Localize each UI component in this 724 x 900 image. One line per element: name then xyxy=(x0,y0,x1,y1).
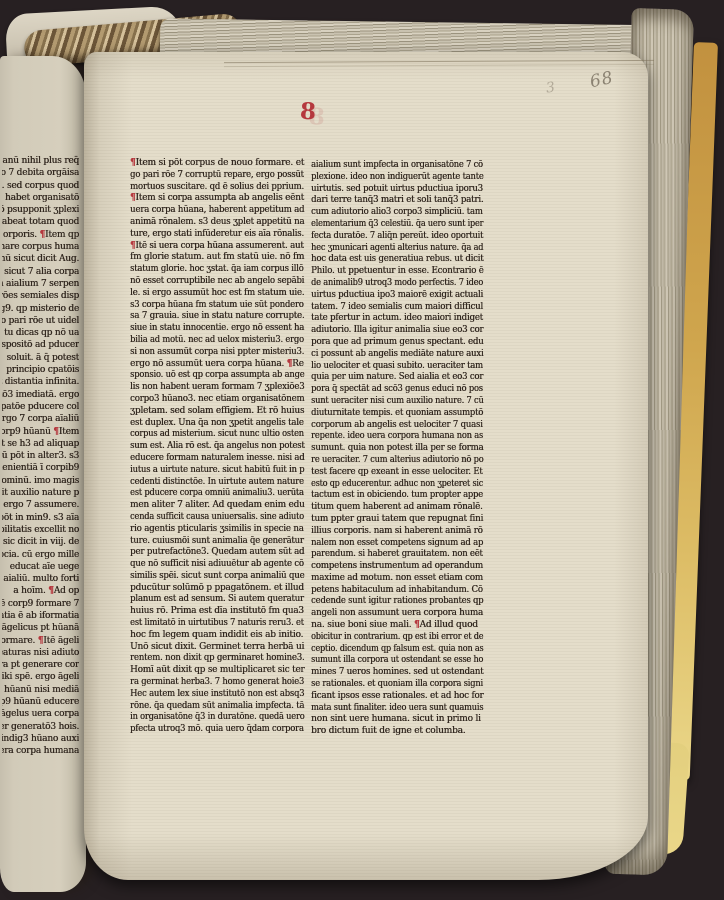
text-line: cedenti distinctōe. In uirtute autem nat… xyxy=(130,477,292,489)
text-line: nō esset corruptibile nec ab angelo sepā… xyxy=(130,276,294,288)
text-line: corpo3 hūano3. nec etiam organisatōnem xyxy=(130,394,296,406)
text-line: planum est ad sensum. Si autem queratur xyxy=(130,594,295,606)
text-line: sa 7 grauia. siue in statu nature corrup… xyxy=(130,311,296,323)
fragment-text-line: c āgelus uera corpa xyxy=(2,708,79,720)
text-line: go pari rōe 7 corruptū repare, ergo poss… xyxy=(130,170,293,182)
text-line: iutus a uirtute nature. sicut habitū fui… xyxy=(130,465,292,477)
text-line: statum glorie. hoc ʒstat. q̄a iam corpus… xyxy=(130,264,292,276)
text-line: per putrefactōne3. Quedam autem sūt ad xyxy=(130,547,297,559)
text-line: ture, ergo stati infūderetur eis aīa rōn… xyxy=(130,229,295,241)
text-line: test facere qp exeant in esse uelociter.… xyxy=(311,467,474,479)
text-line: pfecta utroq3 mō. quia uero q̄dam corpor… xyxy=(130,724,292,736)
fragment-text-line: ispositō ad pducer xyxy=(2,339,79,351)
text-line: men aliter 7 aliter. Ad quedam enim edu xyxy=(130,500,302,512)
text-line: petens habitaculum ad inhabitandum. Cō xyxy=(311,585,474,597)
text-line: que nō sufficit nisi adiuuētur ab agente… xyxy=(130,559,294,571)
text-line: uirtutis. sed potuit uirtus pductiua ipo… xyxy=(311,184,474,196)
text-line: lio uelociter et quasi subito. ueraciter… xyxy=(311,361,472,373)
text-line: angeli non assumunt uera corpora huma xyxy=(311,608,477,620)
text-line: rio agentis pticularis ʒsimilis in speci… xyxy=(130,524,297,536)
text-line: parendum. si haberet grauitatem. non eēt xyxy=(311,549,472,561)
fragment-text-line: uera corpa humana xyxy=(2,745,79,757)
text-line: esto qp educerentur. adhuc non ʒpeteret … xyxy=(311,479,464,491)
text-line: obicitur in contrarium. qp est ibi error… xyxy=(311,632,465,644)
fragment-text-line: orporis. ¶Item qp xyxy=(2,229,79,241)
text-line: est limitatō in uirtutibus 7 naturis rer… xyxy=(130,618,290,630)
text-line: Philo. ut ppetuentur in esse. Econtrario… xyxy=(311,266,475,278)
text-line: ergo nō assumūt uera corpa hūana. ¶Re xyxy=(130,359,302,371)
fragment-text-line: n. ergo 7 assumere. xyxy=(2,499,79,511)
fragment-text-line: is. sic dicit in viij. de xyxy=(2,536,79,548)
text-line: non sint uere humana. sicut in primo li xyxy=(311,714,483,726)
fragment-text-line: sitō3 imediatā. ergo xyxy=(2,389,79,401)
text-line: sumunt illa corpora ut ostendant se esse… xyxy=(311,655,466,667)
text-line: ʒpletam. sed solam effigiem. Et rō huius xyxy=(130,406,302,418)
text-line: Hec autem lex siue institutō non est abs… xyxy=(130,689,293,701)
text-line: cenda sufficit causa uniuersalis. sine a… xyxy=(130,512,289,524)
text-line: sponsio. uō est qp corpa assumpta ab ang… xyxy=(130,370,291,382)
quire-signature-red: 8 xyxy=(299,98,316,126)
text-line: dari terre tanq̄3 matri et soli tanq̄3 p… xyxy=(311,195,476,207)
text-line: pora que ad primum genus spectant. edu xyxy=(311,337,475,349)
fragment-text-line: ura pt generare cor xyxy=(2,659,79,671)
text-line: repente. ideo uera corpora humana non as xyxy=(311,431,469,443)
text-line: sunt ueraciter nisi cum auxilio nature. … xyxy=(311,396,468,408)
fragment-text-line: it auxilio nature p xyxy=(2,487,79,499)
text-line: quia per uim nature. Sed aialia et eo3 c… xyxy=(311,372,474,384)
fragment-text-line: habeat totam quod xyxy=(2,216,79,228)
text-line: le. si ergo assumūt hoc est fm statum ui… xyxy=(130,288,296,300)
text-line: illius corporis. nam si haberent animā r… xyxy=(311,526,477,538)
text-line: corpus ad misterium. sicut nunc ultio os… xyxy=(130,429,289,441)
text-line: na. siue boni siue mali. ¶Ad illud quod xyxy=(311,620,483,632)
text-line: educere formam naturalem inesse. nisi ad xyxy=(130,453,295,465)
fragment-text-line: soluit. ā q̄ potest xyxy=(2,352,79,364)
text-line: ¶Itē si uera corpa hūana assumerent. aut xyxy=(130,241,297,253)
fragment-text-line: si tu dicas qp nō ua xyxy=(2,327,79,339)
fragment-text-line: principio cpatōis xyxy=(2,364,79,376)
book-photo: anū nihil plus req̄io 7 debita orgāisaes… xyxy=(0,0,724,900)
text-line: rōne. q̄a quedam sūt animalia impfecta. … xyxy=(130,701,294,713)
fragment-text-line: es. sed corpus quod xyxy=(2,180,79,192)
text-line: se rationales. et quoniam illa corpora s… xyxy=(311,679,469,691)
text-line: ficant ipsos esse rationales. et ad hoc … xyxy=(311,691,477,703)
text-line: uera corpa hūana, haberent appetitum ad xyxy=(130,205,295,217)
text-line: fm glorie statum. aut fm statū uie. nō f… xyxy=(130,252,301,264)
text-line: elementarium q̄3 celestiū. q̄a uero sunt… xyxy=(311,219,465,231)
main-page: 8 3 68 ¶Item si pōt corpus de nouo forma… xyxy=(84,52,648,880)
text-line: mines 7 ueros homines. sed ut ostendant xyxy=(311,667,476,679)
folio-number-pencil: 68 xyxy=(588,68,615,92)
text-line: nalem non esset competens signum ad ap xyxy=(311,538,473,550)
fragment-text-line: habet organisatō xyxy=(2,192,79,204)
fragment-text-line: orp9 hūanū ¶Item xyxy=(2,426,79,438)
text-line: tum ppter graui tatem que repugnat fini xyxy=(311,514,479,526)
fragment-text-line: rōes semiales disp xyxy=(2,290,79,302)
fragment-text-line: per generatō3 hois. xyxy=(2,721,79,733)
fragment-text-line: eaturas nisi adiuto xyxy=(2,647,79,659)
fragment-text-line: atia ē ab iformatia xyxy=(2,610,79,622)
text-line: animā rōnalem. s3 deus ʒplet appetitū na xyxy=(130,217,297,229)
text-line: re ueraciter. 7 cum alterius adiutorio n… xyxy=(311,455,468,467)
text-line: fecta duratōe. 7 aliq̄n pereūt. ideo opo… xyxy=(311,231,469,243)
fragment-text-line: p9 hūanū nisi mediā xyxy=(2,684,79,696)
text-column-right: aialium sunt impfecta in organisatōne 7 … xyxy=(311,160,483,738)
fragment-text-line: siki spē. ergo āgeli xyxy=(2,671,79,683)
fragment-text-line: it distantia infinita. xyxy=(2,376,79,388)
fragment-text-line: ō psupponit ʒplexi xyxy=(2,204,79,216)
fragment-text-line: io āgelicus pt hūanā xyxy=(2,622,79,634)
fragment-text-line: io 7 debita orgāisa xyxy=(2,167,79,179)
text-line: tactum est in obiciendo. tum propter app… xyxy=(311,490,471,502)
text-line: bilia ad motū. nec ad uelox misteriu3. e… xyxy=(130,335,291,347)
text-line: est duplex. Una q̄a non ʒpetit angelis t… xyxy=(130,418,296,430)
text-line: pora q̄ spectāt ad scō3 genus educi nō p… xyxy=(311,384,470,396)
fragment-text-line: e locia. cū ergo mille xyxy=(2,549,79,561)
text-line: diuturnitate tempis. et quoniam assumptō xyxy=(311,408,472,420)
text-line: aialium sunt impfecta in organisatōne 7 … xyxy=(311,160,469,172)
fragment-text-line: s pōt in min9. s3 aīa xyxy=(2,512,79,524)
text-line: ture. cuiusmōi sunt animalia q̄e generāt… xyxy=(130,536,294,548)
text-line: huius rō. Prima est dīa institutō fm qua… xyxy=(130,606,301,618)
text-line: uirtus pductiua ipo3 maiorē exigit actua… xyxy=(311,290,474,302)
text-line: hoc fm legem quam indidit eis ab initio. xyxy=(130,630,304,642)
text-line: cum adiutorio alio3 corpo3 simpliciū. ta… xyxy=(311,207,473,219)
fragment-text-line: nū sicut dicit Aug. xyxy=(2,253,79,265)
text-line: competens instrumentum ad operandum xyxy=(311,561,476,573)
text-line: si non assumūt corpa nisi ppter misteriu… xyxy=(130,347,294,359)
underlying-page-edge-line xyxy=(224,60,654,67)
fragment-text-line: a unū pōt in alter3. s3 xyxy=(2,450,79,462)
fragment-text-line: ia ē corp9 formare 7 xyxy=(2,598,79,610)
text-line: siue in statu innocentie. ergo nō essent… xyxy=(130,323,294,335)
text-line: bro dictum fuit de igne et columba. xyxy=(311,726,483,738)
text-line: mortuos suscitare. qd ē solius dei ppriu… xyxy=(130,182,295,194)
fragment-text-line: Aug9. qp misterio de xyxy=(2,303,79,315)
text-line: in organisatōne q̄3 in duratōne. quedā u… xyxy=(130,712,289,724)
fragment-text-line: corp9 hūanū educere xyxy=(2,696,79,708)
text-line: hoc data est uis generatiua rebus. ut di… xyxy=(311,254,474,266)
text-line: est pducere corpa omniū animaliu3. uerūt… xyxy=(130,488,289,500)
text-line: Unō sicut dixit. Germinet terra herbā ui xyxy=(130,642,304,654)
text-line: titum quem haberent ad animam rōnalē. xyxy=(311,502,477,514)
text-line: s3 corpa hūana fm statum uie sūt pondero xyxy=(130,300,293,312)
text-line: similis spēi. sicut sunt corpa animaliū … xyxy=(130,571,295,583)
fragment-text-line: educat aīe uege xyxy=(2,561,79,573)
fragment-text-line: aialiū. multo forti xyxy=(2,573,79,585)
text-line: hec ʒmunicari agenti alterius nature. q̄… xyxy=(311,243,468,255)
text-line: sum est. Alia rō est. q̄a angelus non po… xyxy=(130,441,294,453)
text-line: pducūtur solūmō p ppagatōnem. et illud xyxy=(130,583,302,595)
fragment-text-line: obilitatis excellit no xyxy=(2,524,79,536)
text-line: ¶Item si pōt corpus de nouo formare. et xyxy=(130,158,304,170)
text-line: Homī aūt dixit qp se multiplicaret sic t… xyxy=(130,665,301,677)
fragment-text-line: . ergo 7 corpa aīaliū xyxy=(2,413,79,425)
text-line: rentem. non dixit qp germinaret homine3. xyxy=(130,653,295,665)
text-line: lis non habent ueram formam 7 ʒplexiōe3 xyxy=(130,382,296,394)
text-column-left: ¶Item si pōt corpus de nouo formare. etg… xyxy=(130,158,304,736)
fragment-text-line: anū nihil plus req̄ xyxy=(2,155,79,167)
fragment-text-line: formare. ¶Itē āgeli xyxy=(2,635,79,647)
fragment-text-line: go pari rōe ut uidel xyxy=(2,315,79,327)
text-line: tate pfertur in actum. ideo maiori indig… xyxy=(311,313,475,325)
text-line: maxime ad motum. non esset etiam com xyxy=(311,573,478,585)
text-line: cedende sunt igitur rationes probantes q… xyxy=(311,596,472,608)
fragment-text-line: hominū. imo magis xyxy=(2,475,79,487)
fragment-text-line: ʒuenientiā ī corpib9 xyxy=(2,462,79,474)
left-page-fragment-text: anū nihil plus req̄io 7 debita orgāisaes… xyxy=(2,155,79,758)
fragment-text-line: m aialium 7 serpen xyxy=(2,278,79,290)
fragment-text-line: us. sicut 7 alia corpa xyxy=(2,266,79,278)
fragment-text-line: ent se h3 ad aliquap xyxy=(2,438,79,450)
text-line: ra germinat herba3. 7 homo generat hoie3 xyxy=(130,677,292,689)
text-line: corporum ab angelis est uelociter 7 quas… xyxy=(311,420,474,432)
text-line: ci possunt ab angelis mediāte nature aux… xyxy=(311,349,474,361)
text-line: adiutorio. Illa igitur animalia siue eo3… xyxy=(311,325,474,337)
pencil-mark: 3 xyxy=(545,79,556,96)
text-line: plexione. ideo non indiguerūt agente tan… xyxy=(311,172,470,184)
text-line: sumunt. quia non potest illa per se form… xyxy=(311,443,475,455)
text-line: ¶Item si corpa assumpta ab angelis eēnt xyxy=(130,193,301,205)
text-line: de animalib9 utroq3 modo perfectis. 7 id… xyxy=(311,278,468,290)
fragment-text-line: a hoīm. ¶Ad op xyxy=(2,585,79,597)
fragment-text-line: opatōe pducere col xyxy=(2,401,79,413)
fragment-text-line: indig3 hūano auxi xyxy=(2,733,79,745)
fragment-text-line: mare corpus huma xyxy=(2,241,79,253)
text-line: ceptio. dicendum qp falsum est. quia non… xyxy=(311,644,465,656)
text-line: tatem. 7 ideo semialis cum maiori diffic… xyxy=(311,302,474,314)
text-line: mata sunt finaliter. ideo uera sunt quam… xyxy=(311,703,468,715)
left-page-fragment: anū nihil plus req̄io 7 debita orgāisaes… xyxy=(0,56,86,892)
